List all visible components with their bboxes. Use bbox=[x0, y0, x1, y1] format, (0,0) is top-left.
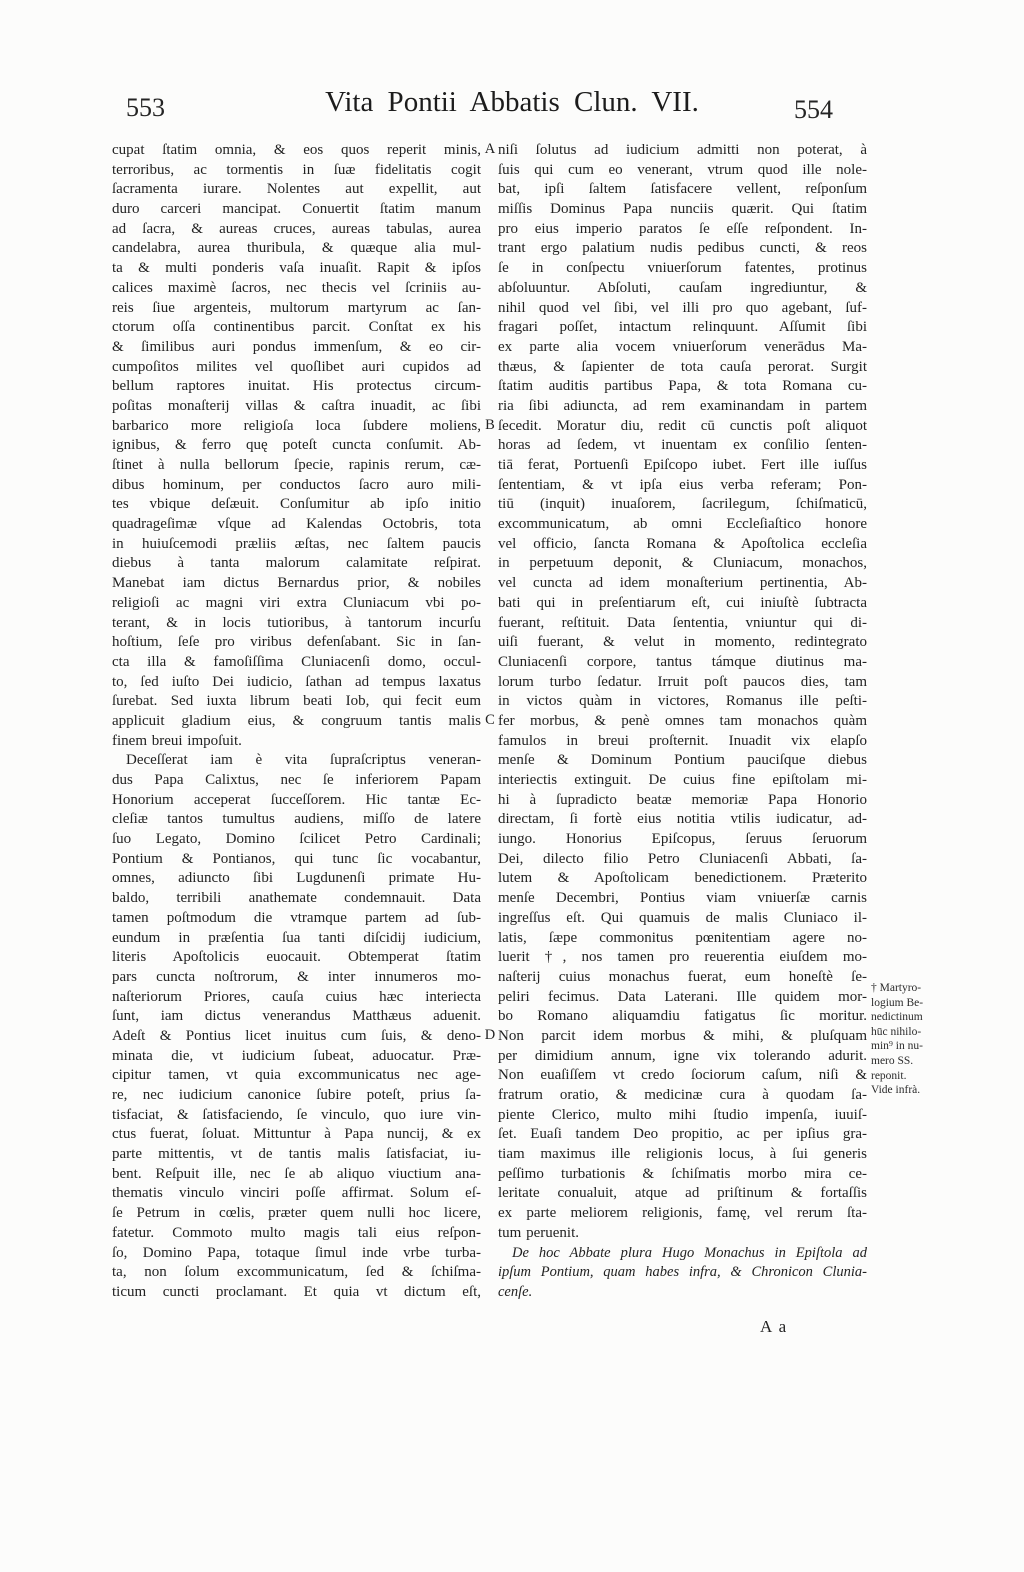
text-line: ria ſibi adiuncta, ad rem examinandam in… bbox=[498, 397, 867, 417]
text-line: famulos in breui proſternit. Inuadit vix… bbox=[498, 732, 867, 752]
text-line: lutem & Apoſtolicam benedictionem. Præte… bbox=[498, 869, 867, 889]
right-text-column: niſi ſolutus ad iudicium admitti non pot… bbox=[498, 141, 867, 1303]
text-line: fuerant, reſtituit. Data ſententia, vniu… bbox=[498, 614, 867, 634]
text-line: De hoc Abbate plura Hugo Monachus in Epi… bbox=[498, 1244, 867, 1264]
text-line: quadrageſimæ vſque ad Kalendas Octobris,… bbox=[112, 515, 481, 535]
text-line: Non euaſiſſem vt credo ſociorum caſum, n… bbox=[498, 1066, 867, 1086]
text-line: in victos quàm in victores, Romanus ille… bbox=[498, 692, 867, 712]
text-line: per dimidium annum, igne vix tolerando a… bbox=[498, 1047, 867, 1067]
text-line: ingreſſus eſt. Qui quamuis de malis Clun… bbox=[498, 909, 867, 929]
text-line: applicuit gladium eius, & congruum tanti… bbox=[112, 712, 481, 732]
text-line: piente Clerico, multo mihi ſtudio impenſ… bbox=[498, 1106, 867, 1126]
text-line: eundum in præſentia ſua tanti diſcidij i… bbox=[112, 929, 481, 949]
text-line: tamen poſtmodum die vtramque partem ad ſ… bbox=[112, 909, 481, 929]
text-line: interiectis extinguit. De cuius fine epi… bbox=[498, 771, 867, 791]
text-line: niſi ſolutus ad iudicium admitti non pot… bbox=[498, 141, 867, 161]
text-line: Pontium & Pontianos, qui tunc ſic vocaba… bbox=[112, 850, 481, 870]
margin-note-line: nedictinum bbox=[871, 1010, 969, 1025]
margin-note-line: Vide infrà. bbox=[871, 1083, 969, 1098]
text-line: ctorum oſſa continentibus parcit. Conſta… bbox=[112, 318, 481, 338]
text-line: horas ad ſedem, vt inuentam ex conſilio … bbox=[498, 436, 867, 456]
text-line: duro carceri mancipat. Conuertit ſtatim … bbox=[112, 200, 481, 220]
text-line: pars cuncta noſtrorum, & inter innumeros… bbox=[112, 968, 481, 988]
text-line: uiſi fuerant, & velut in momento, redint… bbox=[498, 633, 867, 653]
text-line: vel cuncta ad idem monaſterium pertinent… bbox=[498, 574, 867, 594]
text-line: hoſtium, ſeſe pro viribus defenſabant. S… bbox=[112, 633, 481, 653]
text-line: pro eius imperio paratos ſe eſſe reſpond… bbox=[498, 220, 867, 240]
page-title: Vita Pontii Abbatis Clun. VII. bbox=[0, 86, 1024, 118]
text-line: menſe Decembri, Pontius viam vniuerſæ ca… bbox=[498, 889, 867, 909]
text-line: excommunicatum, ab omni Eccleſiaſtico ho… bbox=[498, 515, 867, 535]
text-line: ſurebat. Sed iuxta librum beati Iob, qui… bbox=[112, 692, 481, 712]
text-line: leritate conualuit, atque ad priſtinum &… bbox=[498, 1184, 867, 1204]
text-line: Manebat iam dictus Bernardus prior, & no… bbox=[112, 574, 481, 594]
text-line: hi à ſupradicto beatæ memoriæ Papa Honor… bbox=[498, 791, 867, 811]
text-line: fragari poſſet, intactum relinquunt. Aſſ… bbox=[498, 318, 867, 338]
section-letter-b: B bbox=[482, 416, 498, 436]
text-line: fer morbus, & penè omnes tam monachos qu… bbox=[498, 712, 867, 732]
text-line: tes vbique deſæuit. Conſumitur ab ipſo i… bbox=[112, 495, 481, 515]
text-line: cumpoſitos milites vel quoſlibet auri cu… bbox=[112, 358, 481, 378]
text-line: dus Papa Calixtus, nec ſe inferiorem Pap… bbox=[112, 771, 481, 791]
text-line: finem breui impoſuit. bbox=[112, 732, 481, 752]
text-line: cleſiæ tantos tumultus audiens, miſſo de… bbox=[112, 810, 481, 830]
text-line: Non parcit idem morbus & mihi, & pluſqua… bbox=[498, 1027, 867, 1047]
text-line: parte mittentis, vt de tantis malis ſati… bbox=[112, 1145, 481, 1165]
text-line: terant, & in locis tutioribus, à tantoru… bbox=[112, 614, 481, 634]
text-line: in perpetuum deponit, & Cluniacum, monac… bbox=[498, 554, 867, 574]
text-line: tiam maximus ille religionis locus, à ſu… bbox=[498, 1145, 867, 1165]
margin-note-line: logium Be- bbox=[871, 996, 969, 1011]
text-line: fatetur. Commoto multo magis tali eius r… bbox=[112, 1224, 481, 1244]
text-line: ſtatim auditis partibus Papa, & tota Rom… bbox=[498, 377, 867, 397]
text-line: directam, ſi fortè eius notitia vtilis i… bbox=[498, 810, 867, 830]
text-line: ticum cuncti proclamant. Et quia vt dict… bbox=[112, 1283, 481, 1303]
text-line: ſententiam, & vt ipſa eius verba referam… bbox=[498, 476, 867, 496]
text-line: Cluniacenſi corpore, tantus támque diuti… bbox=[498, 653, 867, 673]
text-line: Honorium acceperat ſucceſſorem. Hic tant… bbox=[112, 791, 481, 811]
text-line: peliri fecimus. Data Laterani. Ille quid… bbox=[498, 988, 867, 1008]
margin-note-line: mero SS. bbox=[871, 1054, 969, 1069]
text-line: bent. Reſpuit ille, nec ſe ab aliquo viu… bbox=[112, 1165, 481, 1185]
text-line: & ſimilibus auri pondus immenſum, & eo c… bbox=[112, 338, 481, 358]
text-line: ad ſacra, & aureas cruces, aureas tabula… bbox=[112, 220, 481, 240]
text-line: nihil quod vel ſibi, vel illi pro quo ag… bbox=[498, 299, 867, 319]
text-line: ta, non ſolum excommunicatum, ſed & ſchi… bbox=[112, 1263, 481, 1283]
text-line: vel officio, ſancta Romana & Apoſtolica … bbox=[498, 535, 867, 555]
text-line: abſoluuntur. Abſoluti, cauſam ingrediunt… bbox=[498, 279, 867, 299]
text-line: naſterij cuius monachus fuerat, eum hone… bbox=[498, 968, 867, 988]
text-line: dibus hominum, per conductos ſacro auro … bbox=[112, 476, 481, 496]
text-line: ſet. Euaſi tandem Deo propitio, ac per i… bbox=[498, 1125, 867, 1145]
text-line: barbarico more religioſa loca ſubdere mo… bbox=[112, 417, 481, 437]
text-line: peſſimo turbationis & ſchiſmatis morbo m… bbox=[498, 1165, 867, 1185]
text-line: ſe in conſpectu vniuerſorum fatentes, pr… bbox=[498, 259, 867, 279]
text-line: ctus fuerat, ſoluat. Mittuntur à Papa nu… bbox=[112, 1125, 481, 1145]
text-line: reis ſiue argenteis, multorum martyrum a… bbox=[112, 299, 481, 319]
text-line: in huiuſcemodi præliis æſtas, nec ſaltem… bbox=[112, 535, 481, 555]
margin-note-line: min⁹ in nu- bbox=[871, 1039, 969, 1054]
text-line: ipſum Pontium, quam habes infra, & Chron… bbox=[498, 1263, 867, 1283]
text-line: ex parte meliorem religionis, famę, vel … bbox=[498, 1204, 867, 1224]
text-line: to, ſed iuſto Dei iudicio, ſathan ad tem… bbox=[112, 673, 481, 693]
text-line: ſuis qui cum eo venerant, vtrum quod ill… bbox=[498, 161, 867, 181]
text-line: cenſe. bbox=[498, 1283, 867, 1303]
left-text-column: cupat ſtatim omnia, & eos quos reperit m… bbox=[112, 141, 481, 1303]
text-line: ſo, Domino Papa, totaque ſimul inde vrbe… bbox=[112, 1244, 481, 1264]
text-line: luerit †, nos tamen pro reuerentia eiuſd… bbox=[498, 948, 867, 968]
page-number-right: 554 bbox=[794, 95, 833, 125]
text-line: literis Apoſtolicis euocauit. Obtemperat… bbox=[112, 948, 481, 968]
text-line: cupat ſtatim omnia, & eos quos reperit m… bbox=[112, 141, 481, 161]
text-line: poſitas monaſterij villas & caſtra inuad… bbox=[112, 397, 481, 417]
text-line: minata die, vt iudicium ſubeat, aduocatu… bbox=[112, 1047, 481, 1067]
book-page: 553 Vita Pontii Abbatis Clun. VII. 554 c… bbox=[0, 0, 1024, 1572]
text-line: bat, ipſi ſaltem ſatisfacere vellent, re… bbox=[498, 180, 867, 200]
text-line: ſecedit. Moratur diu, redit cū cunctis p… bbox=[498, 417, 867, 437]
section-letter-c: C bbox=[482, 711, 498, 731]
text-line: omnes, adiuncto ſibi Lugdunenſi primate … bbox=[112, 869, 481, 889]
margin-note-line: reponit. bbox=[871, 1069, 969, 1084]
text-line: tisfaciat, & ſatisfaciendo, ſe vinculo, … bbox=[112, 1106, 481, 1126]
text-line: ignibus, & ferro quę poteſt cuncta conſu… bbox=[112, 436, 481, 456]
text-line: re, nec iudicium canonice ſubire poteſt,… bbox=[112, 1086, 481, 1106]
text-line: bati qui in preſentiarum eſt, cui iniuſt… bbox=[498, 594, 867, 614]
text-line: ſtinet à nulla bellorum ſpecie, rapinis … bbox=[112, 456, 481, 476]
text-line: baldo, terribili anathemate condemnauit.… bbox=[112, 889, 481, 909]
signature-mark: A a bbox=[760, 1317, 786, 1337]
text-line: ſacramenta iurare. Nolentes aut expellit… bbox=[112, 180, 481, 200]
text-line: bellum raptores inuitat. His protectus c… bbox=[112, 377, 481, 397]
text-line: menſe & Dominum Pontium pauciſque diebus bbox=[498, 751, 867, 771]
text-line: Deceſſerat iam è vita ſupraſcriptus vene… bbox=[112, 751, 481, 771]
text-line: cipitur tamen, vt quia excommunicatus ne… bbox=[112, 1066, 481, 1086]
text-line: iungo. Honorius Epiſcopus, ſeruus ſeruor… bbox=[498, 830, 867, 850]
text-line: latis, ſæpe commonitus pœnitentiam agere… bbox=[498, 929, 867, 949]
text-line: bo Romano aliquamdiu fatigatus ſic morit… bbox=[498, 1007, 867, 1027]
text-line: terroribus, ac tormentis in ſuæ fidelita… bbox=[112, 161, 481, 181]
text-line: Dei, dilecto filio Petro Cluniacenſi Abb… bbox=[498, 850, 867, 870]
text-line: ſe Petrum in cœlis, præter quem nulli ho… bbox=[112, 1204, 481, 1224]
margin-note: † Martyro-logium Be-nedictinumhūc nihilo… bbox=[871, 981, 969, 1098]
text-line: cta illa & famoſiſſima Cluniacenſi domo,… bbox=[112, 653, 481, 673]
text-line: calices maximè ſacros, nec thecis vel ſc… bbox=[112, 279, 481, 299]
text-line: religioſi ac magni viri extra Cluniacum … bbox=[112, 594, 481, 614]
text-line: tiū (inquit) inuaſorem, ſacrilegum, ſchi… bbox=[498, 495, 867, 515]
text-line: naſteriorum Priores, cauſa cuius hæc int… bbox=[112, 988, 481, 1008]
text-line: diebus à tanta malorum calamitate reſpir… bbox=[112, 554, 481, 574]
section-letter-d: D bbox=[482, 1026, 498, 1046]
margin-note-line: hūc nihilo- bbox=[871, 1025, 969, 1040]
text-line: ex parte alia vocem vniuerſorum venerādu… bbox=[498, 338, 867, 358]
text-line: ſunt, iam dictus venerandus Matthæus adu… bbox=[112, 1007, 481, 1027]
section-letter-a: A bbox=[482, 140, 498, 160]
text-line: tiā ferat, Portuenſi Epiſcopo iubet. Fer… bbox=[498, 456, 867, 476]
text-line: ta & multi ponderis vaſa inuaſit. Rapit … bbox=[112, 259, 481, 279]
text-line: candelabra, aurea thuribula, & quæque al… bbox=[112, 239, 481, 259]
text-line: ſuo Legato, Domino ſcilicet Petro Cardin… bbox=[112, 830, 481, 850]
text-line: Adeſt & Pontius licet inuitus cum ſuis, … bbox=[112, 1027, 481, 1047]
text-line: trant ergo palatium nudis pedibus cuncti… bbox=[498, 239, 867, 259]
text-line: miſſis Dominus Papa nunciis quærit. Qui … bbox=[498, 200, 867, 220]
margin-note-line: † Martyro- bbox=[871, 981, 969, 996]
text-line: tum peruenit. bbox=[498, 1224, 867, 1244]
text-line: thæus, & ſapienter de tota cauſa perorat… bbox=[498, 358, 867, 378]
text-line: lorum turbo ſedatur. Irruit poſt paucos … bbox=[498, 673, 867, 693]
text-line: fratrum oratio, & medicinæ cura à quodam… bbox=[498, 1086, 867, 1106]
text-line: thematis vinculo vinciri poſſe affirmat.… bbox=[112, 1184, 481, 1204]
